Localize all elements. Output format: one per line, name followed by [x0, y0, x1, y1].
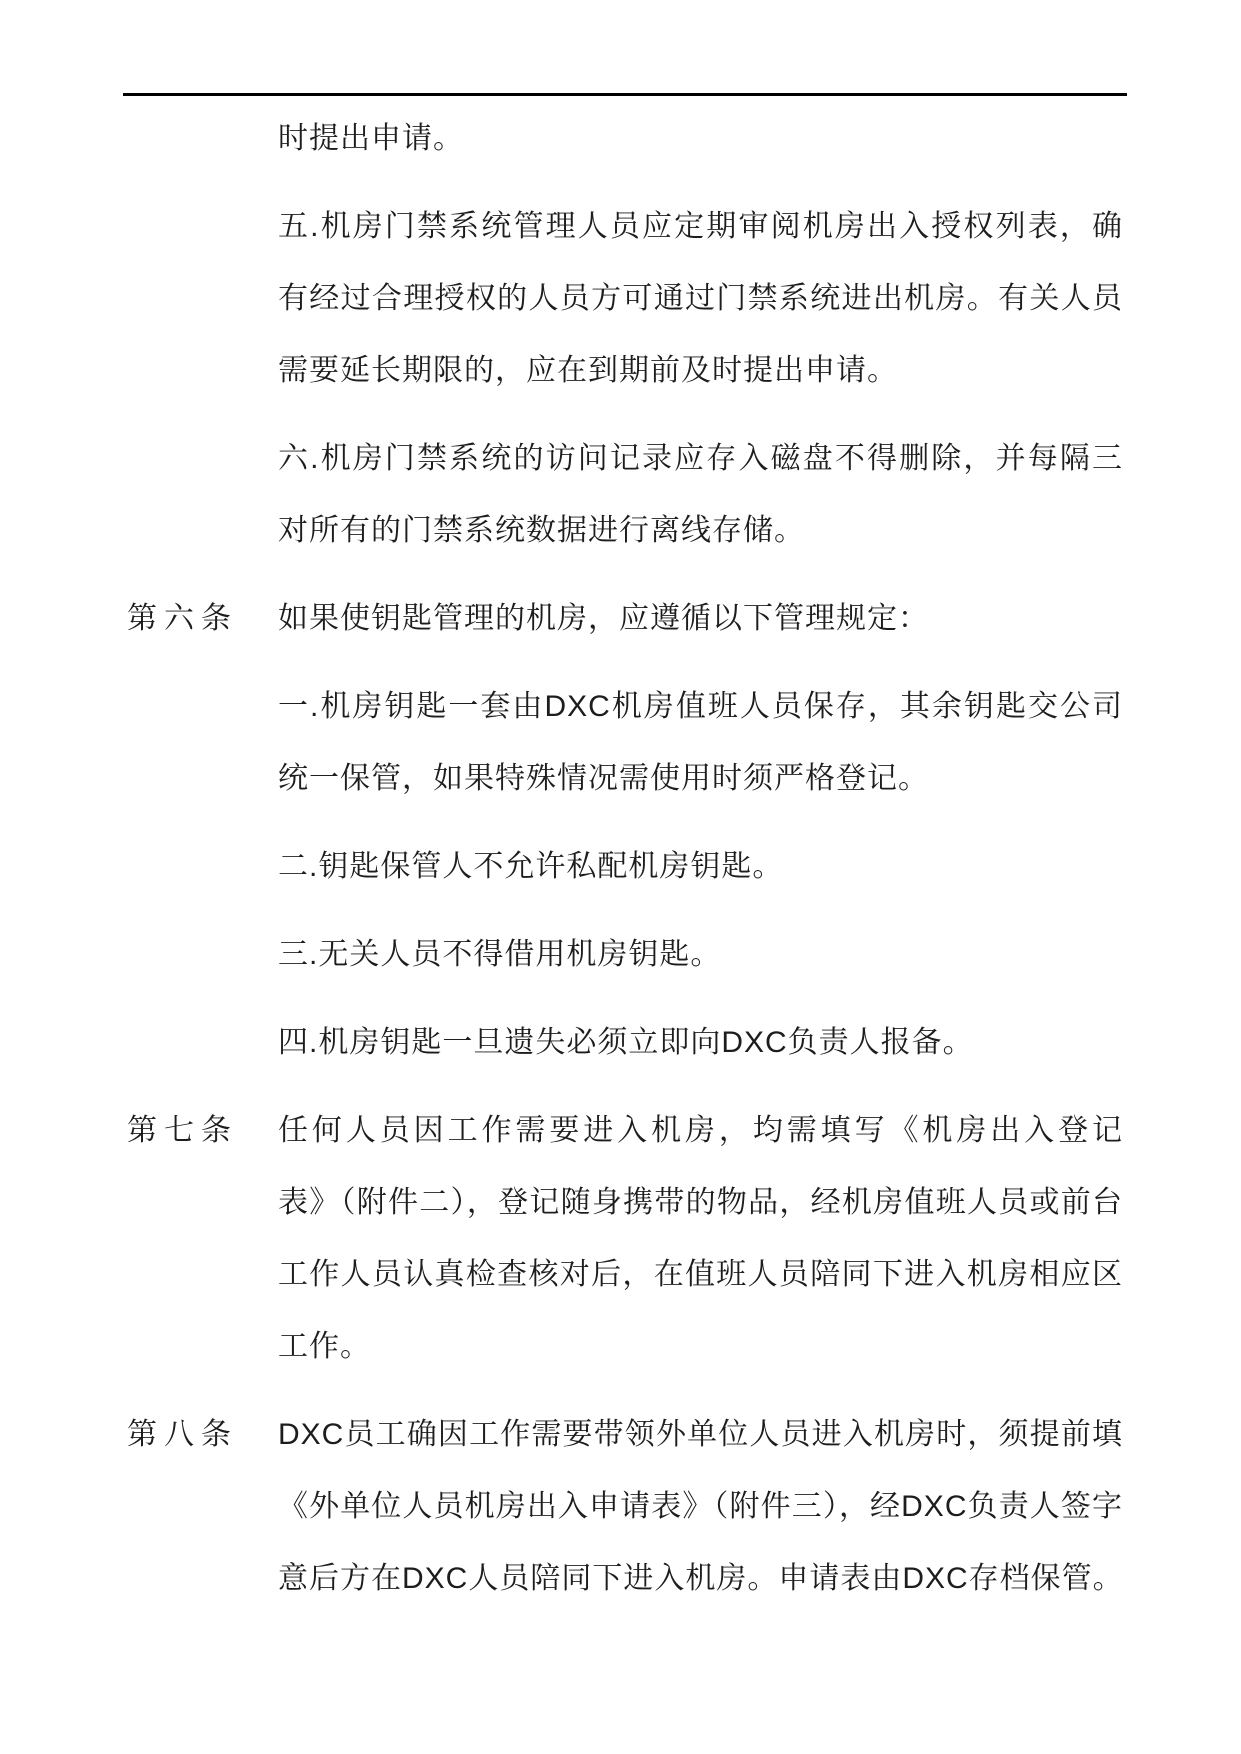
document-body: 时提出申请。 五.机房门禁系统管理人员应定期审阅机房出入授权列表，确保只 有经过…	[278, 103, 1123, 1631]
paragraph: 四.机房钥匙一旦遗失必须立即向DXC负责人报备。	[278, 1007, 1123, 1079]
paragraph: 一.机房钥匙一套由DXC机房值班人员保存，其余钥匙交公司行政部 统一保管，如果特…	[278, 671, 1123, 815]
document-page: 时提出申请。 五.机房门禁系统管理人员应定期审阅机房出入授权列表，确保只 有经过…	[0, 0, 1241, 1754]
paragraph-clause: 第六条 如果使钥匙管理的机房，应遵循以下管理规定：	[278, 583, 1123, 655]
text-line: 四.机房钥匙一旦遗失必须立即向DXC负责人报备。	[278, 1007, 1123, 1079]
clause-label: 第八条	[127, 1399, 238, 1471]
clause-label: 第七条	[127, 1095, 238, 1167]
text-line: 如果使钥匙管理的机房，应遵循以下管理规定：	[278, 583, 1123, 655]
text-line: DXC员工确因工作需要带领外单位人员进入机房时，须提前填写	[278, 1399, 1123, 1471]
text-line: 表》（附件二），登记随身携带的物品，经机房值班人员或前台	[278, 1167, 1123, 1239]
text-line: 五.机房门禁系统管理人员应定期审阅机房出入授权列表，确保只	[278, 191, 1123, 263]
text-line: 工作人员认真检查核对后，在值班人员陪同下进入机房相应区域	[278, 1239, 1123, 1311]
text-line: 对所有的门禁系统数据进行离线存储。	[278, 495, 1123, 567]
paragraph: 二.钥匙保管人不允许私配机房钥匙。	[278, 831, 1123, 903]
text-line: 一.机房钥匙一套由DXC机房值班人员保存，其余钥匙交公司行政部	[278, 671, 1123, 743]
paragraph: 三.无关人员不得借用机房钥匙。	[278, 919, 1123, 991]
paragraph: 时提出申请。	[278, 103, 1123, 175]
paragraph: 六.机房门禁系统的访问记录应存入磁盘不得删除，并每隔三个月 对所有的门禁系统数据…	[278, 423, 1123, 567]
clause-label: 第六条	[127, 583, 238, 655]
text-line: 有经过合理授权的人员方可通过门禁系统进出机房。有关人员确	[278, 263, 1123, 335]
text-line: 需要延长期限的，应在到期前及时提出申请。	[278, 335, 1123, 407]
text-line: 二.钥匙保管人不允许私配机房钥匙。	[278, 831, 1123, 903]
text-line: 三.无关人员不得借用机房钥匙。	[278, 919, 1123, 991]
paragraph-clause: 第七条 任何人员因工作需要进入机房，均需填写《机房出入登记 表》（附件二），登记…	[278, 1095, 1123, 1383]
text-line: 时提出申请。	[278, 103, 1123, 175]
paragraph: 五.机房门禁系统管理人员应定期审阅机房出入授权列表，确保只 有经过合理授权的人员…	[278, 191, 1123, 407]
text-line: 任何人员因工作需要进入机房，均需填写《机房出入登记	[278, 1095, 1123, 1167]
text-line: 六.机房门禁系统的访问记录应存入磁盘不得删除，并每隔三个月	[278, 423, 1123, 495]
text-line: 工作。	[278, 1311, 1123, 1383]
text-line: 意后方在DXC人员陪同下进入机房。申请表由DXC存档保管。	[278, 1543, 1123, 1615]
text-line: 统一保管，如果特殊情况需使用时须严格登记。	[278, 743, 1123, 815]
text-line: 《外单位人员机房出入申请表》（附件三），经DXC负责人签字同	[278, 1471, 1123, 1543]
paragraph-clause: 第八条 DXC员工确因工作需要带领外单位人员进入机房时，须提前填写 《外单位人员…	[278, 1399, 1123, 1615]
header-rule	[123, 93, 1127, 96]
